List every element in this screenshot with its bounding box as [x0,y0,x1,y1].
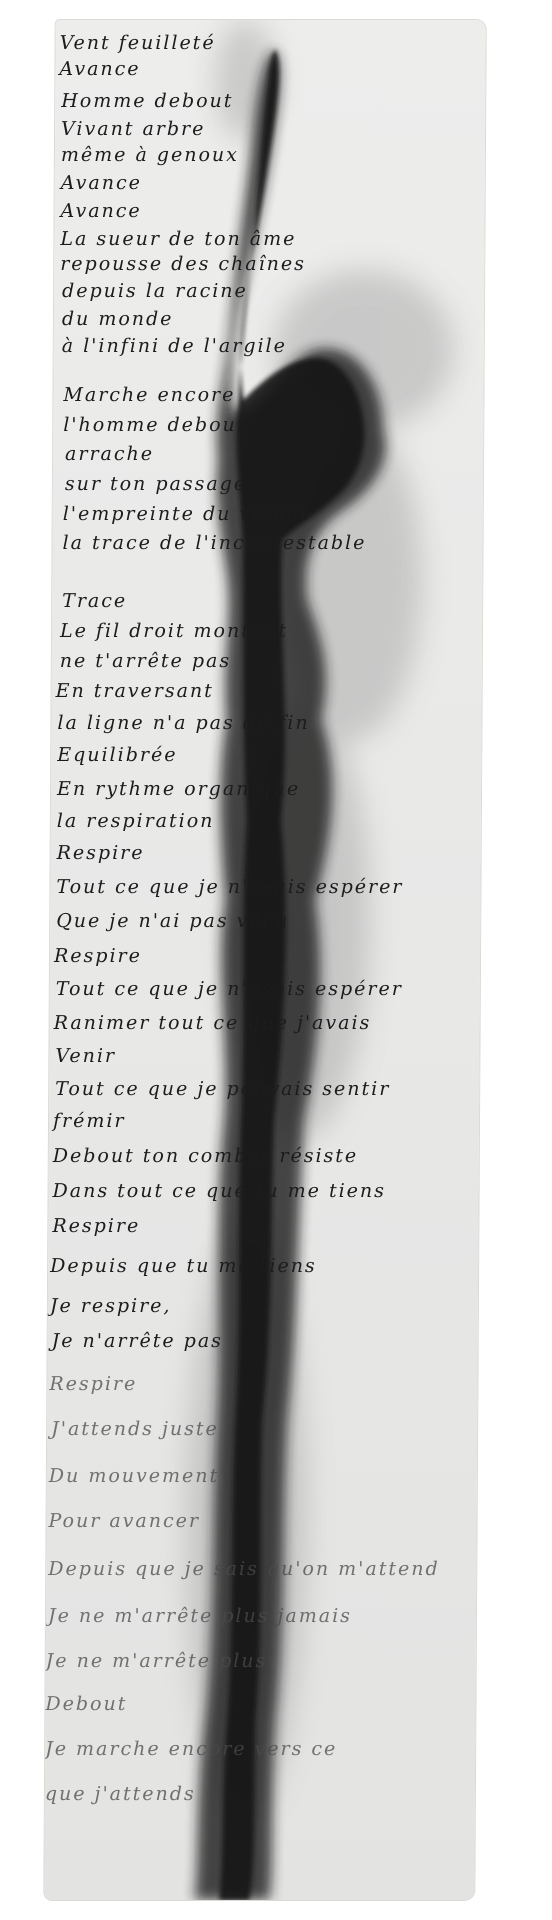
poem-line: même à genoux [61,144,239,166]
poem-line: Avance [61,172,142,194]
poem-line: Depuis que je sais qu'on m'attend [48,1558,440,1580]
poem-line: Le fil droit montant [60,620,288,642]
poem-line: Ranimer tout ce que j'avais [54,1012,372,1034]
poem-line: J'attends juste [51,1418,219,1440]
poem-line: Je ne m'arrête plus jamais [48,1605,352,1627]
artwork-paper: Vent feuilleté Avance Homme debout Vivan… [44,20,485,1900]
poem-line: Je marche encore vers ce [45,1738,337,1760]
poem-line: Du mouvement [49,1465,219,1487]
poem-line: que j'attends [45,1783,196,1805]
poem-line: En rythme organique [57,778,300,800]
poem-line: Debout ton combat résiste [53,1145,359,1167]
poem-line: arrache [65,443,154,465]
poem-line: Que je n'ai pas vécu [56,910,289,932]
poem-line: la respiration [57,810,215,832]
poem-line: ne t'arrête pas [60,650,231,672]
poem-line: Avance [61,200,142,222]
poem-line: Respire [49,1373,137,1395]
poem-line: Vivant arbre [61,118,205,140]
handwritten-poem: Vent feuilleté Avance Homme debout Vivan… [44,20,485,1900]
poem-line: La sueur de ton âme [60,228,296,250]
poem-line: Equilibrée [57,744,177,766]
poem-line: Tout ce que je n'osais espérer [56,876,403,898]
poem-line: Homme debout [61,90,233,112]
poem-line: repousse des chaînes [60,253,306,275]
poem-line: depuis la racine [62,280,248,302]
poem-line: Depuis que tu me tiens [50,1255,317,1277]
poem-line: Je respire, [50,1295,172,1317]
poem-line: la ligne n'a pas de fin [57,712,309,734]
poem-line: Dans tout ce que tu me tiens [53,1180,386,1202]
poem-line: l'homme debout [63,414,246,436]
poem-line: Je ne m'arrête plus [46,1650,268,1672]
poem-line: Venir [55,1045,116,1067]
poem-line: à l'infini de l'argile [62,335,287,357]
poem-line: Vent feuilleté [60,32,216,54]
poem-line: En traversant [56,680,214,702]
poem-line: Debout [45,1693,127,1715]
poem-line: l'empreinte du vivant [63,503,311,525]
poem-line: sur ton passage [65,473,247,495]
poem-line: Marche encore [63,384,235,406]
poem-line: Tout ce que je n'osais espérer [56,978,403,1000]
poem-line: Avance [59,58,140,80]
poem-line: Pour avancer [49,1510,201,1532]
poem-line: Tout ce que je pouvais sentir [55,1078,390,1100]
poem-line: Trace [62,590,127,612]
poem-line: Je n'arrête pas [52,1330,223,1352]
poem-line: la trace de l'incontestable [62,532,366,554]
poem-line: Respire [57,842,145,864]
poem-line: frémir [53,1110,126,1132]
poem-line: Respire [52,1215,140,1237]
poem-line: du monde [62,308,174,330]
poem-line: Respire [54,945,142,967]
